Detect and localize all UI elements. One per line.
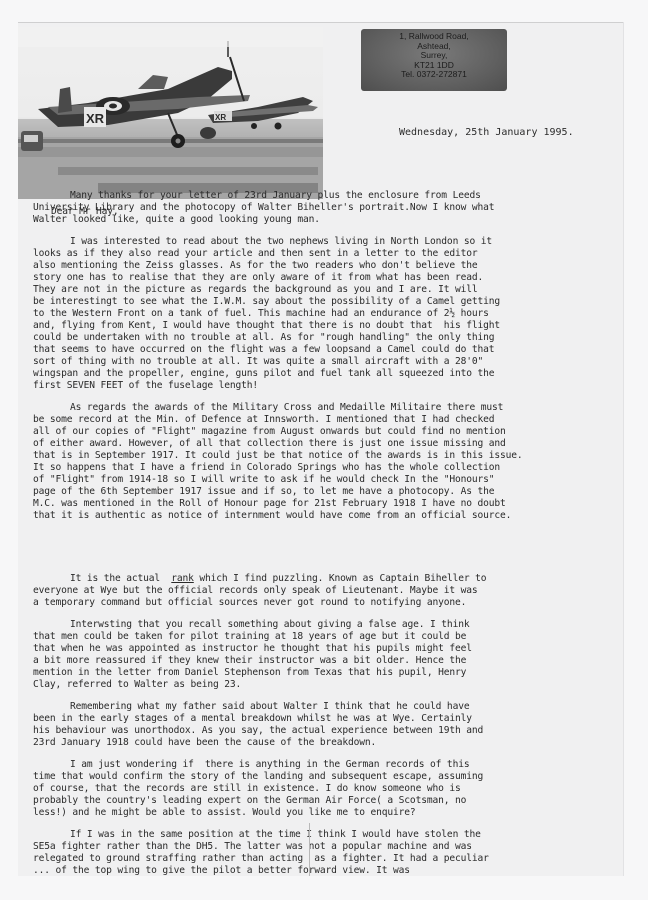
letter-line: mention in the letter from Daniel Stephe…: [33, 667, 466, 678]
letterhead-photo: XR XR: [18, 27, 323, 199]
letter-date: Wednesday, 25th January 1995.: [399, 127, 574, 138]
letter-line: of either award. However, of all that co…: [33, 438, 506, 449]
spitfire-photo-icon: XR XR: [18, 27, 323, 199]
letter-line: University Library and the photocopy of …: [33, 202, 494, 213]
letter-line: Remembering what my father said about Wa…: [70, 701, 469, 712]
letter-line: M.C. was mentioned in the Roll of Honour…: [33, 498, 506, 509]
letter-line: of "Flight" from 1914-18 so I will write…: [33, 474, 494, 485]
letter-line: less!) and he might be able to assist. W…: [33, 807, 416, 818]
letter-line: probably the country's leading expert on…: [33, 795, 466, 806]
letter-line: to the Western Front on a tank of fuel. …: [33, 308, 489, 319]
letter-line: page of the 6th September 1917 issue and…: [33, 486, 494, 497]
address-label: 1, Rallwood Road, Ashtead, Surrey, KT21 …: [361, 29, 507, 91]
underlined-word: rank: [171, 573, 194, 584]
letter-line: They are not in the picture as regards t…: [33, 284, 477, 295]
letter-line: all of our copies of "Flight" magazine f…: [33, 426, 506, 437]
letter-line: It so happens that I have a friend in Co…: [33, 462, 500, 473]
letter-line: also mentioning the Zeiss glasses. As fo…: [33, 260, 477, 271]
letter-line: everyone at Wye but the official records…: [33, 585, 477, 596]
letter-line: that men could be taken for pilot traini…: [33, 631, 466, 642]
letter-line: that when he was appointed as instructor…: [33, 643, 472, 654]
letter-line: Interwsting that you recall something ab…: [70, 619, 469, 630]
letter-line: looks as if they also read your article …: [33, 248, 477, 259]
scan-fold-line: [309, 823, 310, 876]
letter-line: a temporary command but official sources…: [33, 597, 466, 608]
letter-line: first SEVEN FEET of the fuselage length!: [33, 380, 258, 391]
svg-text:XR: XR: [215, 113, 226, 122]
letter-line: Walter looked like, quite a good looking…: [33, 214, 320, 225]
letter-line: could be undertaken with no trouble at a…: [33, 332, 494, 343]
letter-line: that seems to have occurred on the fligh…: [33, 344, 494, 355]
letter-line: be interestingt to see what the I.W.M. s…: [33, 296, 500, 307]
letter-line: Many thanks for your letter of 23rd Janu…: [70, 190, 481, 201]
svg-text:XR: XR: [86, 111, 105, 126]
letter-line: a bit more reassured if they knew their …: [33, 655, 466, 666]
letter-line: time that would confirm the story of the…: [33, 771, 483, 782]
letter-line: wingspan and the propeller, engine, guns…: [33, 368, 494, 379]
letter-line: that is in September 1917. It could just…: [33, 450, 522, 461]
letter-line: been in the early stages of a mental bre…: [33, 713, 472, 724]
letter-line: I am just wondering if there is anything…: [70, 759, 469, 770]
letter-line: It is the actual rank which I find puzzl…: [70, 573, 486, 584]
letter-line: story one has to realise that they are o…: [33, 272, 483, 283]
letter-line: SE5a fighter rather than the DH5. The la…: [33, 841, 472, 852]
letter-line: ... of the top wing to give the pilot a …: [33, 865, 410, 876]
letter-line: that it is authentic as notice of intern…: [33, 510, 511, 521]
letter-line: If I was in the same position at the tim…: [70, 829, 481, 840]
letter-line: and, flying from Kent, I would have thou…: [33, 320, 500, 331]
address-telephone: Tel. 0372-272871: [361, 70, 507, 80]
letter-line: As regards the awards of the Military Cr…: [70, 402, 503, 413]
letter-line: be some record at the Min. of Defence at…: [33, 414, 494, 425]
letter-line: of course, that the records are still in…: [33, 783, 461, 794]
letter-line: his behaviour was unorthodox. As you say…: [33, 725, 483, 736]
letter-line: sort of thing with no trouble at all. It…: [33, 356, 483, 367]
letter-line: 23rd January 1918 could have been the ca…: [33, 737, 376, 748]
letter-line: I was interested to read about the two n…: [70, 236, 492, 247]
letter-page: XR XR 1, Rallwood Road, Ash: [18, 22, 623, 876]
letter-line: relegated to ground straffing rather tha…: [33, 853, 489, 864]
letter-line: Clay, referred to Walter as being 23.: [33, 679, 241, 690]
